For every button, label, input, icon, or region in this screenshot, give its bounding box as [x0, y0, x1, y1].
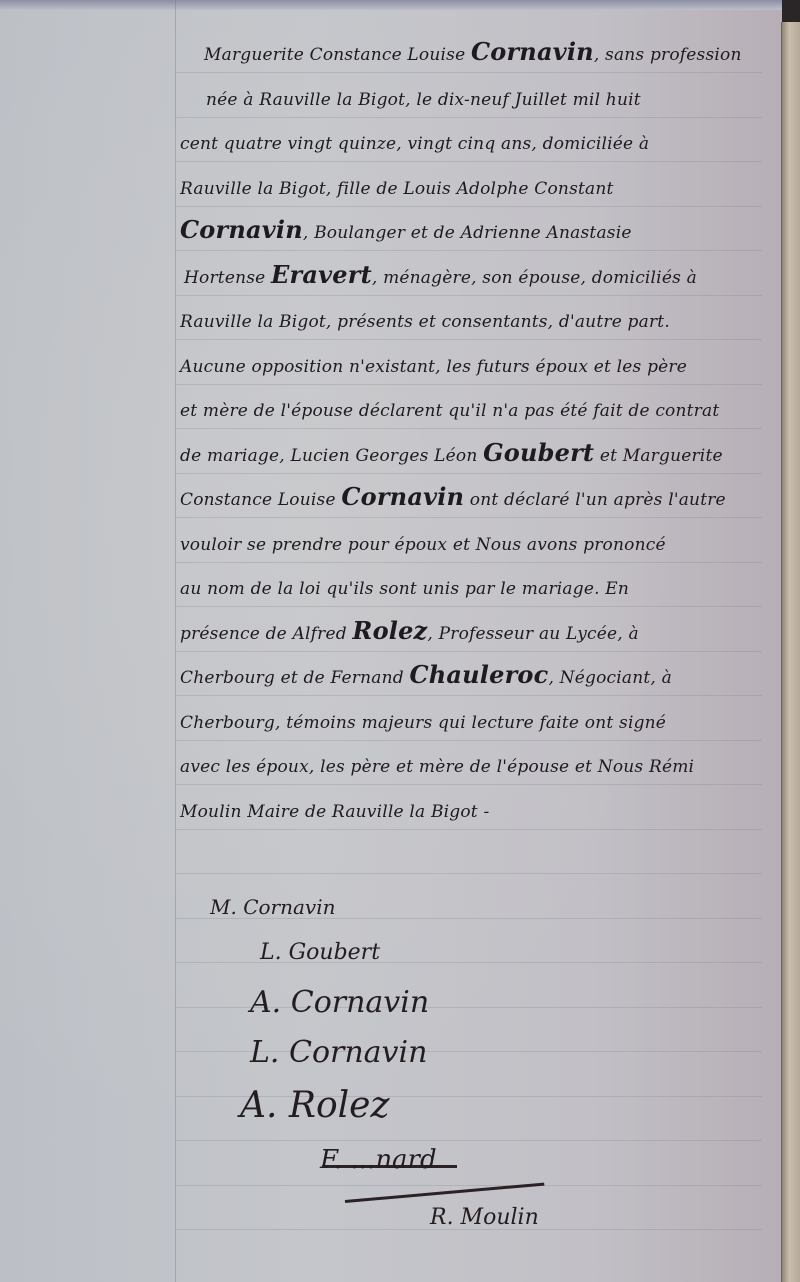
record-line: et mère de l'épouse déclarent qu'il n'a … — [176, 386, 781, 431]
signature-flourish — [345, 1183, 545, 1203]
signature: R. Moulin — [430, 1205, 539, 1230]
ruled-line — [176, 873, 762, 874]
signature: L. Goubert — [260, 940, 380, 965]
record-line: au nom de la loi qu'ils sont unis par le… — [176, 564, 781, 609]
signature: M. Cornavin — [210, 895, 335, 919]
page-top-edge — [0, 0, 782, 10]
record-line: présence de Alfred Rolez, Professeur au … — [176, 609, 781, 654]
record-line: née à Rauville la Bigot, le dix-neuf Jui… — [176, 75, 781, 120]
signatures-block: M. Cornavin L. Goubert A. Cornavin L. Co… — [200, 895, 620, 1255]
signature: A. Cornavin — [250, 985, 429, 1020]
signature: F. ...nard — [320, 1145, 437, 1175]
record-line: Rauville la Bigot, fille de Louis Adolph… — [176, 164, 781, 209]
register-page: Marguerite Constance Louise Cornavin, sa… — [0, 0, 782, 1282]
record-line: Aucune opposition n'existant, les futurs… — [176, 342, 781, 387]
signature: A. Rolez — [240, 1085, 389, 1126]
record-line: Cornavin, Boulanger et de Adrienne Anast… — [176, 208, 781, 253]
book-spine-edge — [781, 22, 800, 1282]
record-line: cent quatre vingt quinze, vingt cinq ans… — [176, 119, 781, 164]
signature: L. Cornavin — [250, 1035, 427, 1070]
record-line: Moulin Maire de Rauville la Bigot - — [176, 787, 781, 832]
record-line: Cherbourg, témoins majeurs qui lecture f… — [176, 698, 781, 743]
record-line: Cherbourg et de Fernand Chauleroc, Négoc… — [176, 653, 781, 698]
record-line: Hortense Eravert, ménagère, son épouse, … — [176, 253, 781, 298]
record-line: Rauville la Bigot, présents et consentan… — [176, 297, 781, 342]
record-line: de mariage, Lucien Georges Léon Goubert … — [176, 431, 781, 476]
record-line: vouloir se prendre pour époux et Nous av… — [176, 520, 781, 565]
record-line: Marguerite Constance Louise Cornavin, sa… — [176, 30, 781, 75]
handwritten-record-text: Marguerite Constance Louise Cornavin, sa… — [176, 30, 781, 831]
record-line: avec les époux, les père et mère de l'ép… — [176, 742, 781, 787]
record-line: Constance Louise Cornavin ont déclaré l'… — [176, 475, 781, 520]
